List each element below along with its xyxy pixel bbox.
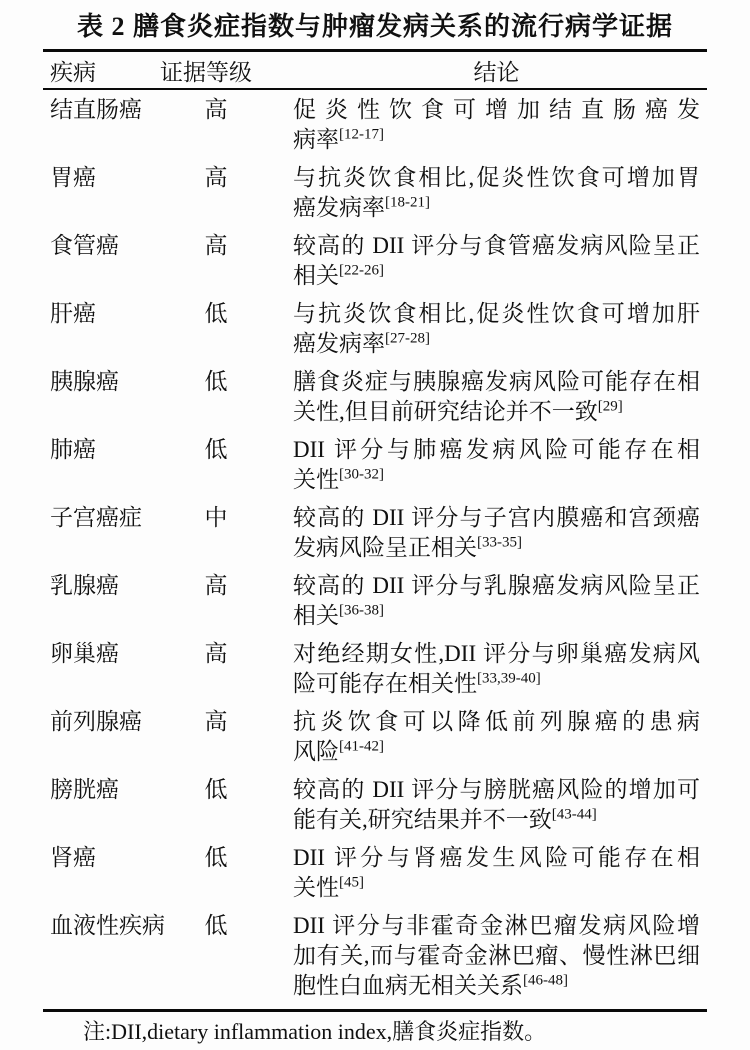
conclusion-cell: DII 评分与非霍奇金淋巴瘤发病风险增加有关,而与霍奇金淋巴瘤、慢性淋巴细胞性白… [293, 911, 700, 1001]
citation-ref: [30-32] [339, 466, 384, 482]
disease-cell: 卵巢癌 [43, 639, 166, 669]
conclusion-line: 险可能存在相关性[33,39-40] [293, 669, 700, 699]
conclusion-line: DII 评分与肾癌发生风险可能存在相 [293, 843, 700, 873]
disease-cell: 乳腺癌 [43, 571, 166, 601]
conclusion-line: 胞性白血病无相关关系[46-48] [293, 971, 700, 1001]
header-disease: 疾病 [43, 54, 166, 87]
conclusion-line: 关性[45] [293, 873, 700, 903]
conclusion-cell: 对绝经期女性,DII 评分与卵巢癌发病风险可能存在相关性[33,39-40] [293, 639, 700, 699]
conclusion-line: 促炎性饮食可增加结直肠癌发 [293, 95, 700, 125]
evidence-cell: 低 [166, 435, 266, 465]
footnote: 注:DII,dietary inflammation index,膳食炎症指数。 [43, 1015, 707, 1049]
conclusion-line: 对绝经期女性,DII 评分与卵巢癌发病风 [293, 639, 700, 669]
disease-cell: 前列腺癌 [43, 707, 166, 737]
conclusion-line: 关性,但目前研究结论并不一致[29] [293, 397, 700, 427]
conclusion-line: 较高的 DII 评分与子宫内膜癌和宫颈癌 [293, 503, 700, 533]
disease-cell: 食管癌 [43, 231, 166, 261]
citation-ref: [33,39-40] [477, 670, 541, 686]
disease-cell: 肝癌 [43, 299, 166, 329]
disease-cell: 结直肠癌 [43, 95, 166, 125]
conclusion-line: 发病风险呈正相关[33-35] [293, 533, 700, 563]
conclusion-line: 癌发病率[18-21] [293, 193, 700, 223]
conclusion-cell: 较高的 DII 评分与乳腺癌发病风险呈正相关[36-38] [293, 571, 700, 631]
table-row: 肾癌 低 DII 评分与肾癌发生风险可能存在相关性[45] [43, 843, 707, 903]
disease-cell: 膀胱癌 [43, 775, 166, 805]
table-row: 血液性疾病 低 DII 评分与非霍奇金淋巴瘤发病风险增加有关,而与霍奇金淋巴瘤、… [43, 911, 707, 1001]
conclusion-line: 与抗炎饮食相比,促炎性饮食可增加胃 [293, 163, 700, 193]
disease-cell: 血液性疾病 [43, 911, 166, 941]
table-row: 膀胱癌 低 较高的 DII 评分与膀胱癌风险的增加可能有关,研究结果并不一致[4… [43, 775, 707, 835]
conclusion-line: 加有关,而与霍奇金淋巴瘤、慢性淋巴细 [293, 941, 700, 971]
citation-ref: [43-44] [552, 806, 597, 822]
conclusion-line: 相关[36-38] [293, 601, 700, 631]
table-row: 结直肠癌 高 促炎性饮食可增加结直肠癌发病率[12-17] [43, 95, 707, 155]
evidence-cell: 高 [166, 571, 266, 601]
table-row: 卵巢癌 高 对绝经期女性,DII 评分与卵巢癌发病风险可能存在相关性[33,39… [43, 639, 707, 699]
disease-cell: 肺癌 [43, 435, 166, 465]
conclusion-line: 关性[30-32] [293, 465, 700, 495]
evidence-cell: 低 [166, 775, 266, 805]
citation-ref: [12-17] [339, 126, 384, 142]
paper-table-figure: 表 2 膳食炎症指数与肿瘤发病关系的流行病学证据 疾病 证据等级 结论 结直肠癌… [0, 0, 750, 1050]
conclusion-cell: 促炎性饮食可增加结直肠癌发病率[12-17] [293, 95, 700, 155]
citation-ref: [41-42] [339, 738, 384, 754]
conclusion-line: 抗炎饮食可以降低前列腺癌的患病 [293, 707, 700, 737]
table-bottom-rule [43, 1009, 707, 1012]
disease-cell: 胃癌 [43, 163, 166, 193]
evidence-cell: 高 [166, 707, 266, 737]
evidence-cell: 高 [166, 231, 266, 261]
conclusion-cell: DII 评分与肾癌发生风险可能存在相关性[45] [293, 843, 700, 903]
citation-ref: [29] [598, 398, 623, 414]
conclusion-cell: 较高的 DII 评分与食管癌发病风险呈正相关[22-26] [293, 231, 700, 291]
conclusion-line: 膳食炎症与胰腺癌发病风险可能存在相 [293, 367, 700, 397]
conclusion-line: 癌发病率[27-28] [293, 329, 700, 359]
citation-ref: [33-35] [477, 534, 522, 550]
conclusion-line: 风险[41-42] [293, 737, 700, 767]
evidence-cell: 低 [166, 299, 266, 329]
citation-ref: [22-26] [339, 262, 384, 278]
table-row: 乳腺癌 高 较高的 DII 评分与乳腺癌发病风险呈正相关[36-38] [43, 571, 707, 631]
evidence-cell: 低 [166, 843, 266, 873]
conclusion-line: 能有关,研究结果并不一致[43-44] [293, 805, 700, 835]
conclusion-line: 较高的 DII 评分与乳腺癌发病风险呈正 [293, 571, 700, 601]
disease-cell: 胰腺癌 [43, 367, 166, 397]
table-row: 胰腺癌 低 膳食炎症与胰腺癌发病风险可能存在相关性,但目前研究结论并不一致[29… [43, 367, 707, 427]
disease-cell: 肾癌 [43, 843, 166, 873]
conclusion-line: 较高的 DII 评分与膀胱癌风险的增加可 [293, 775, 700, 805]
table-header-row: 疾病 证据等级 结论 [43, 52, 707, 88]
table-title: 表 2 膳食炎症指数与肿瘤发病关系的流行病学证据 [0, 7, 750, 47]
header-conclusion: 结论 [293, 54, 700, 87]
evidence-cell: 高 [166, 163, 266, 193]
table: 疾病 证据等级 结论 结直肠癌 高 促炎性饮食可增加结直肠癌发病率[12-17]… [43, 49, 707, 1012]
conclusion-line: 与抗炎饮食相比,促炎性饮食可增加肝 [293, 299, 700, 329]
conclusion-cell: 抗炎饮食可以降低前列腺癌的患病风险[41-42] [293, 707, 700, 767]
table-row: 肝癌 低 与抗炎饮食相比,促炎性饮食可增加肝癌发病率[27-28] [43, 299, 707, 359]
evidence-cell: 低 [166, 367, 266, 397]
table-row: 肺癌 低 DII 评分与肺癌发病风险可能存在相关性[30-32] [43, 435, 707, 495]
evidence-cell: 高 [166, 95, 266, 125]
conclusion-cell: 与抗炎饮食相比,促炎性饮食可增加肝癌发病率[27-28] [293, 299, 700, 359]
citation-ref: [27-28] [385, 330, 430, 346]
conclusion-cell: 较高的 DII 评分与膀胱癌风险的增加可能有关,研究结果并不一致[43-44] [293, 775, 700, 835]
header-evidence: 证据等级 [156, 54, 256, 87]
table-row: 食管癌 高 较高的 DII 评分与食管癌发病风险呈正相关[22-26] [43, 231, 707, 291]
table-body: 结直肠癌 高 促炎性饮食可增加结直肠癌发病率[12-17] 胃癌 高 与抗炎饮食… [43, 90, 707, 1009]
conclusion-cell: DII 评分与肺癌发病风险可能存在相关性[30-32] [293, 435, 700, 495]
conclusion-line: DII 评分与肺癌发病风险可能存在相 [293, 435, 700, 465]
conclusion-cell: 与抗炎饮食相比,促炎性饮食可增加胃癌发病率[18-21] [293, 163, 700, 223]
evidence-cell: 中 [166, 503, 266, 533]
citation-ref: [18-21] [385, 194, 430, 210]
citation-ref: [45] [339, 874, 364, 890]
conclusion-line: 病率[12-17] [293, 125, 700, 155]
conclusion-cell: 较高的 DII 评分与子宫内膜癌和宫颈癌发病风险呈正相关[33-35] [293, 503, 700, 563]
citation-ref: [36-38] [339, 602, 384, 618]
table-row: 前列腺癌 高 抗炎饮食可以降低前列腺癌的患病风险[41-42] [43, 707, 707, 767]
evidence-cell: 高 [166, 639, 266, 669]
conclusion-line: 相关[22-26] [293, 261, 700, 291]
citation-ref: [46-48] [523, 972, 568, 988]
disease-cell: 子宫癌症 [43, 503, 166, 533]
evidence-cell: 低 [166, 911, 266, 941]
table-row: 子宫癌症 中 较高的 DII 评分与子宫内膜癌和宫颈癌发病风险呈正相关[33-3… [43, 503, 707, 563]
table-row: 胃癌 高 与抗炎饮食相比,促炎性饮食可增加胃癌发病率[18-21] [43, 163, 707, 223]
conclusion-cell: 膳食炎症与胰腺癌发病风险可能存在相关性,但目前研究结论并不一致[29] [293, 367, 700, 427]
conclusion-line: DII 评分与非霍奇金淋巴瘤发病风险增 [293, 911, 700, 941]
conclusion-line: 较高的 DII 评分与食管癌发病风险呈正 [293, 231, 700, 261]
